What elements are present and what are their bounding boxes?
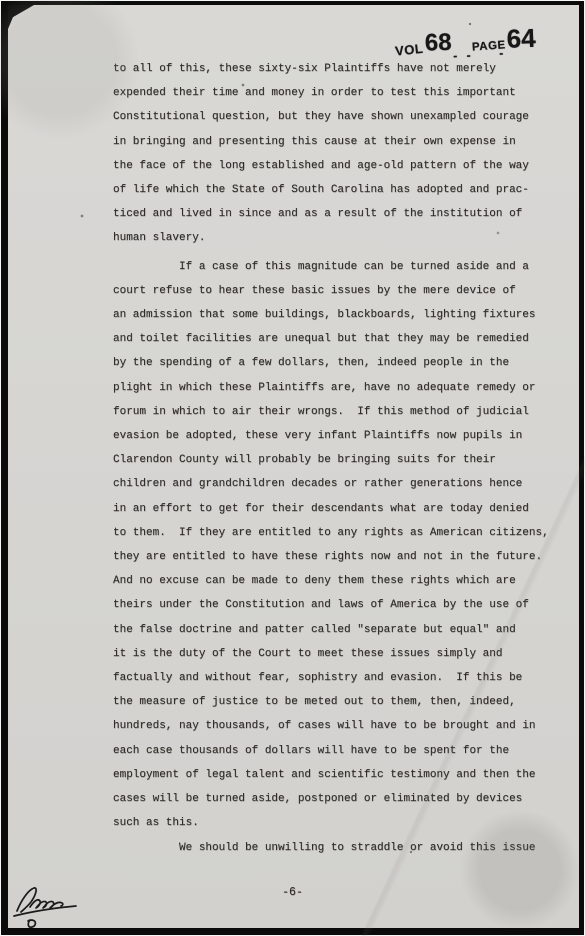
- text-line: court refuse to hear these basic issues …: [113, 279, 553, 303]
- text-line: they are entitled to have these rights n…: [113, 545, 553, 569]
- text-line: of life which the State of South Carolin…: [113, 178, 553, 202]
- text-line: human slavery.: [113, 226, 553, 250]
- text-line: plight in which these Plaintiffs are, ha…: [113, 376, 553, 400]
- paragraph: We should be unwilling to straddle or av…: [113, 836, 553, 860]
- text-line: We should be unwilling to straddle or av…: [113, 836, 553, 860]
- scanned-document-page: VOL 68 - - PAGE - 64 to all of this, the…: [0, 0, 585, 936]
- text-line: hundreds, nay thousands, of cases will h…: [113, 714, 553, 738]
- document-body-text: to all of this, these sixty-six Plaintif…: [113, 57, 553, 860]
- text-line: to them. If they are entitled to any rig…: [113, 521, 553, 545]
- paragraph: to all of this, these sixty-six Plaintif…: [113, 57, 553, 251]
- text-line: it is the duty of the Court to meet thes…: [113, 642, 553, 666]
- text-line: children and grandchildren decades or ra…: [113, 472, 553, 496]
- text-line: Constitutional question, but they have s…: [113, 105, 553, 129]
- stamp-vol-number: 68: [424, 29, 452, 58]
- text-line: ticed and lived in since and as a result…: [113, 202, 553, 226]
- text-line: the false doctrine and patter called "se…: [113, 618, 553, 642]
- text-line: such as this.: [113, 811, 553, 835]
- text-line: by the spending of a few dollars, then, …: [113, 351, 553, 375]
- text-line: an admission that some buildings, blackb…: [113, 303, 553, 327]
- signature-mark: [10, 878, 96, 932]
- stamp-page-number: 64: [506, 23, 536, 55]
- text-line: and toilet facilities are unequal but th…: [113, 327, 553, 351]
- handwritten-initials-icon: [10, 878, 96, 932]
- text-line: to all of this, these sixty-six Plaintif…: [113, 57, 553, 81]
- text-line: expended their time and money in order t…: [113, 81, 553, 105]
- text-line: If a case of this magnitude can be turne…: [113, 255, 553, 279]
- text-line: in bringing and presenting this cause at…: [113, 130, 553, 154]
- text-line: the face of the long established and age…: [113, 154, 553, 178]
- paragraph: If a case of this magnitude can be turne…: [113, 255, 553, 836]
- corner-fold-mark: [8, 5, 18, 29]
- text-line: Clarendon County will probably be bringi…: [113, 448, 553, 472]
- stamp-vol-label: VOL: [394, 41, 424, 59]
- text-line: evasion be adopted, these very infant Pl…: [113, 424, 553, 448]
- text-line: cases will be turned aside, postponed or…: [113, 787, 553, 811]
- text-line: each case thousands of dollars will have…: [113, 739, 553, 763]
- text-line: in an effort to get for their descendant…: [113, 497, 553, 521]
- text-line: the measure of justice to be meted out t…: [113, 690, 553, 714]
- text-line: employment of legal talent and scientifi…: [113, 763, 553, 787]
- text-line: And no excuse can be made to deny them t…: [113, 569, 553, 593]
- text-line: factually and without fear, sophistry an…: [113, 666, 553, 690]
- text-line: forum in which to air their wrongs. If t…: [113, 400, 553, 424]
- text-line: theirs under the Constitution and laws o…: [113, 593, 553, 617]
